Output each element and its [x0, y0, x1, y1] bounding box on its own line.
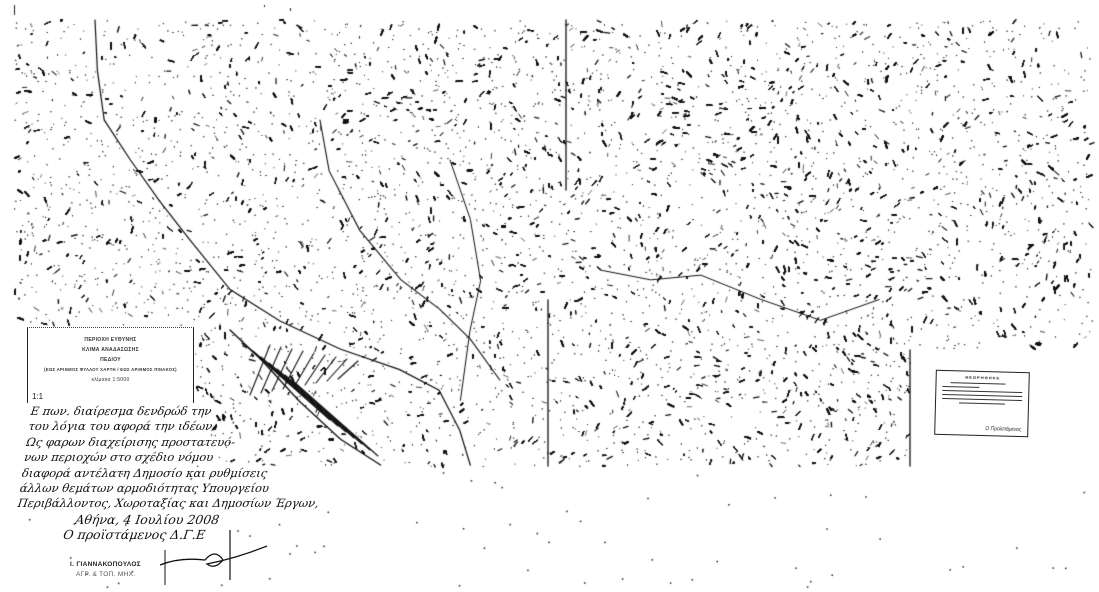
legend-line: ΠΕΡΙΟΧΗ ΕΥΘΥΝΗΣ — [28, 335, 193, 345]
legend-scale: κλίμακα 1:5000 — [28, 375, 193, 385]
map-sheet: ΠΕΡΙΟΧΗ ΕΥΘΥΝΗΣ ΚΛΙΜΑ ΑΝΑΔΑΣΩΣΗΣ ΠΕΔΙΟΥ … — [0, 0, 1099, 592]
scale-mark: 1:1 — [32, 392, 43, 401]
annotation-line: του λόγια του αφορά την ιδέων — [27, 419, 349, 434]
stamp-text-line — [950, 382, 1005, 384]
annotation-line: νων περιοχών στο σχέδιο νόμου — [23, 450, 345, 465]
stamp-text-line — [942, 394, 1022, 397]
stamp-text-line — [942, 386, 979, 388]
map-legend-box: ΠΕΡΙΟΧΗ ΕΥΘΥΝΗΣ ΚΛΙΜΑ ΑΝΑΔΑΣΩΣΗΣ ΠΕΔΙΟΥ … — [27, 327, 194, 403]
stamp-text-line — [959, 402, 1005, 404]
legend-line: ΚΛΙΜΑ ΑΝΑΔΑΣΩΣΗΣ — [28, 345, 193, 355]
signatory-role: ΑΓΡ. & ΤΟΠ. ΜΗΧ. — [70, 570, 141, 580]
annotation-line: Περιβάλλοντος, Χωροταξίας και Δημοσίων Έ… — [17, 496, 339, 511]
annotation-line: Ως φαρων διαχείρισης προστατευό- — [25, 435, 347, 450]
legend-line: ΠΕΔΙΟΥ — [28, 355, 193, 365]
stamp-title: ΘΕΩΡΗΘΗΚΕ — [937, 374, 1029, 381]
stamp-signature: Ο Προϊστάμενος — [985, 426, 1021, 433]
signatory-block: Ι. ΓΙΑΝΝΑΚΟΠΟΥΛΟΣ ΑΓΡ. & ΤΟΠ. ΜΗΧ. — [70, 560, 141, 580]
annotation-line: άλλων θεμάτων αρμοδιότητας Υπουργείου — [19, 481, 341, 496]
annotation-line: διαφορά αντέλατη Δημοσίο και ρυθμίσεις — [21, 466, 343, 481]
approval-stamp: ΘΕΩΡΗΘΗΚΕ Ο Προϊστάμενος — [934, 370, 1030, 437]
stamp-text-line — [942, 398, 1022, 401]
signatory-name: Ι. ΓΙΑΝΝΑΚΟΠΟΥΛΟΣ — [70, 560, 141, 570]
handwritten-signature — [140, 520, 280, 585]
stamp-text-line — [942, 390, 1022, 393]
legend-line: (ΕΩΣ ΑΡΙΘΜΟΣ ΦΥΛΛΟΥ ΧΑΡΤΗ / ΕΩΣ ΑΡΙΘΜΟΣ … — [28, 365, 193, 375]
annotation-line: Ε πων. διαίρεσμα δενδρώδ την — [30, 404, 352, 419]
